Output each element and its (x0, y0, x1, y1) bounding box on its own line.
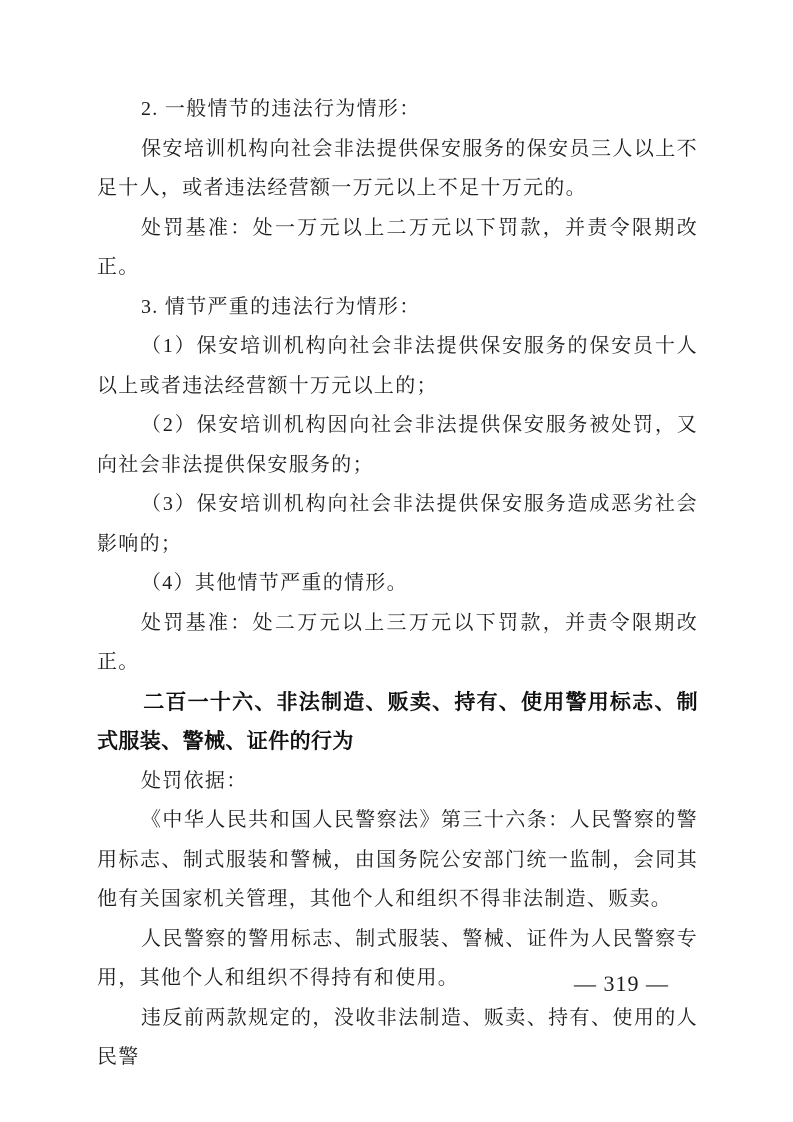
paragraph: 《中华人民共和国人民警察法》第三十六条：人民警察的警用标志、制式服装和警械，由国… (97, 801, 698, 920)
paragraph: 2. 一般情节的违法行为情形： (97, 90, 698, 130)
page-number: — 319 — (574, 971, 669, 996)
paragraph: 保安培训机构向社会非法提供保安服务的保安员三人以上不足十人，或者违法经营额一万元… (97, 130, 698, 209)
paragraph: （2）保安培训机构因向社会非法提供保安服务被处罚，又向社会非法提供保安服务的； (97, 406, 698, 485)
paragraph: 处罚基准：处二万元以上三万元以下罚款，并责令限期改正。 (97, 604, 698, 683)
page-footer: — 319 — (0, 971, 793, 997)
paragraph: （4）其他情节严重的情形。 (97, 564, 698, 604)
paragraph: 3. 情节严重的违法行为情形： (97, 288, 698, 328)
paragraph: 处罚基准：处一万元以上二万元以下罚款，并责令限期改正。 (97, 209, 698, 288)
section-heading: 二百一十六、非法制造、贩卖、持有、使用警用标志、制式服装、警械、证件的行为 (97, 683, 698, 762)
document-page: 2. 一般情节的违法行为情形： 保安培训机构向社会非法提供保安服务的保安员三人以… (0, 0, 793, 1122)
paragraph: 违反前两款规定的，没收非法制造、贩卖、持有、使用的人民警 (97, 999, 698, 1078)
paragraph: 处罚依据： (97, 762, 698, 802)
paragraph: （3）保安培训机构向社会非法提供保安服务造成恶劣社会影响的； (97, 485, 698, 564)
page-body: 2. 一般情节的违法行为情形： 保安培训机构向社会非法提供保安服务的保安员三人以… (97, 90, 698, 1078)
paragraph: （1）保安培训机构向社会非法提供保安服务的保安员十人以上或者违法经营额十万元以上… (97, 327, 698, 406)
